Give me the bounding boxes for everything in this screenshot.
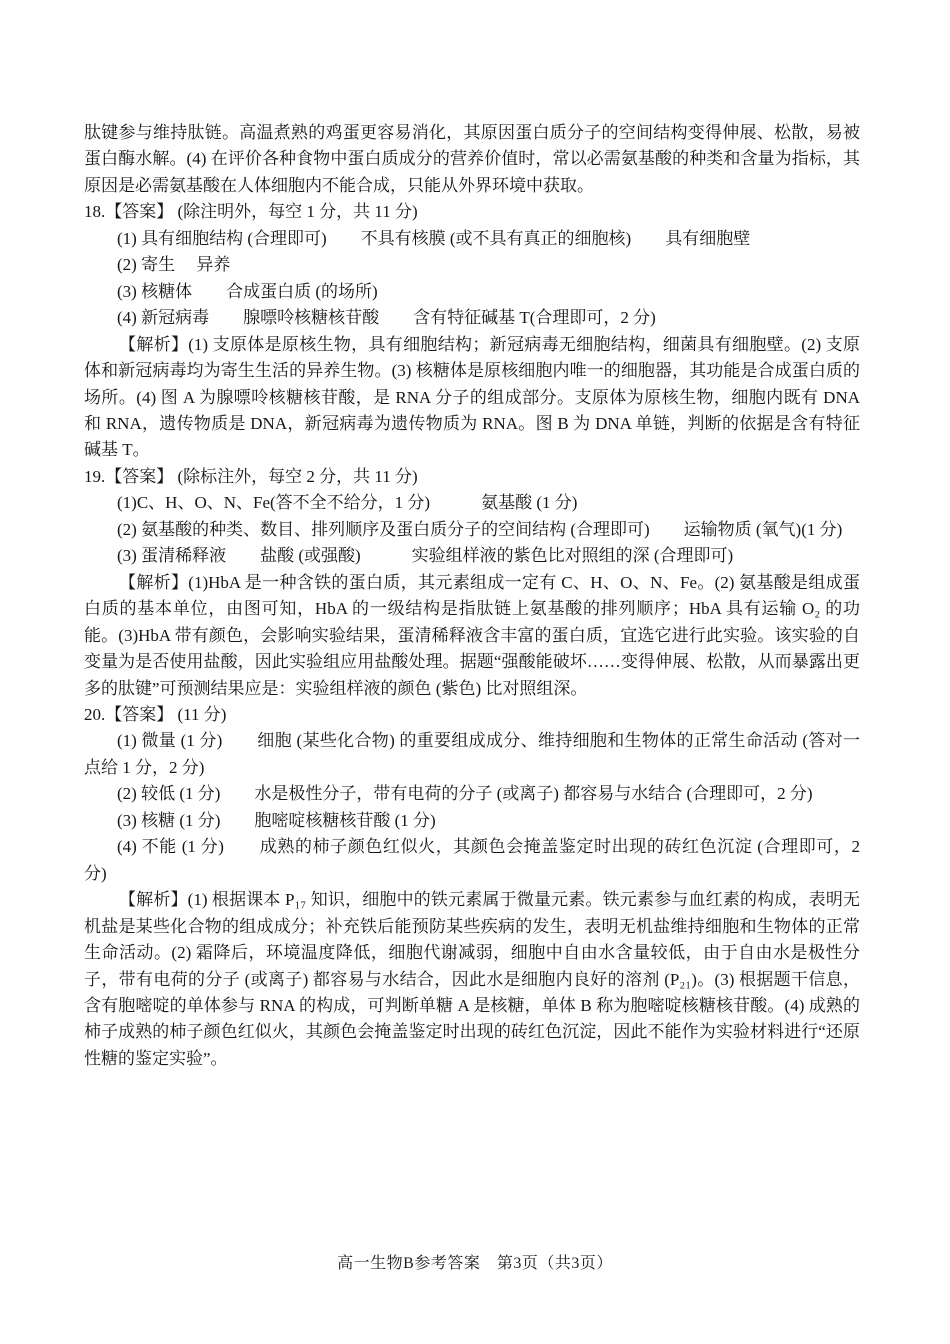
q19-answer-3: (3) 蛋清稀释液 盐酸 (或强酸) 实验组样液的紫色比对照组的深 (合理即可) (84, 543, 860, 569)
page-footer: 高一生物B参考答案 第3页（共3页） (0, 1253, 950, 1275)
q20-answer-2: (2) 较低 (1 分) 水是极性分子，带有电荷的分子 (或离子) 都容易与水结… (84, 781, 860, 807)
q18-answer-2: (2) 寄生 异养 (84, 252, 860, 278)
intro-continuation: 肽键参与维持肽链。高温煮熟的鸡蛋更容易消化，其原因蛋白质分子的空间结构变得伸展、… (84, 120, 860, 199)
q20-header: 20.【答案】 (11 分) (84, 702, 860, 728)
answer-key-page: 肽键参与维持肽链。高温煮熟的鸡蛋更容易消化，其原因蛋白质分子的空间结构变得伸展、… (0, 0, 950, 1344)
q19-header: 19.【答案】 (除标注外，每空 2 分，共 11 分) (84, 464, 860, 490)
document-body: 肽键参与维持肽链。高温煮熟的鸡蛋更容易消化，其原因蛋白质分子的空间结构变得伸展、… (84, 120, 860, 1072)
q20-answer-4: (4) 不能 (1 分) 成熟的柿子颜色红似火，其颜色会掩盖鉴定时出现的砖红色沉… (84, 834, 860, 887)
q18-header: 18.【答案】 (除注明外，每空 1 分，共 11 分) (84, 199, 860, 225)
q19-answer-2: (2) 氨基酸的种类、数目、排列顺序及蛋白质分子的空间结构 (合理即可) 运输物… (84, 517, 860, 543)
q18-analysis: 【解析】(1) 支原体是原核生物，具有细胞结构；新冠病毒无细胞结构，细菌具有细胞… (84, 332, 860, 464)
q20-answer-3: (3) 核糖 (1 分) 胞嘧啶核糖核苷酸 (1 分) (84, 808, 860, 834)
q20-answer-1: (1) 微量 (1 分) 细胞 (某些化合物) 的重要组成成分、维持细胞和生物体… (84, 728, 860, 781)
q19-answer-1: (1)C、H、O、N、Fe(答不全不给分，1 分) 氨基酸 (1 分) (84, 490, 860, 516)
footer-text: 高一生物B参考答案 第3页（共3页） (337, 1255, 613, 1272)
q18-answer-4: (4) 新冠病毒 腺嘌呤核糖核苷酸 含有特征碱基 T(合理即可，2 分) (84, 305, 860, 331)
q20-analysis: 【解析】(1) 根据课本 P₁₇ 知识，细胞中的铁元素属于微量元素。铁元素参与血… (84, 887, 860, 1072)
q18-answer-1: (1) 具有细胞结构 (合理即可) 不具有核膜 (或不具有真正的细胞核) 具有细… (84, 226, 860, 252)
q19-analysis: 【解析】(1)HbA 是一种含铁的蛋白质，其元素组成一定有 C、H、O、N、Fe… (84, 570, 860, 702)
q18-answer-3: (3) 核糖体 合成蛋白质 (的场所) (84, 279, 860, 305)
